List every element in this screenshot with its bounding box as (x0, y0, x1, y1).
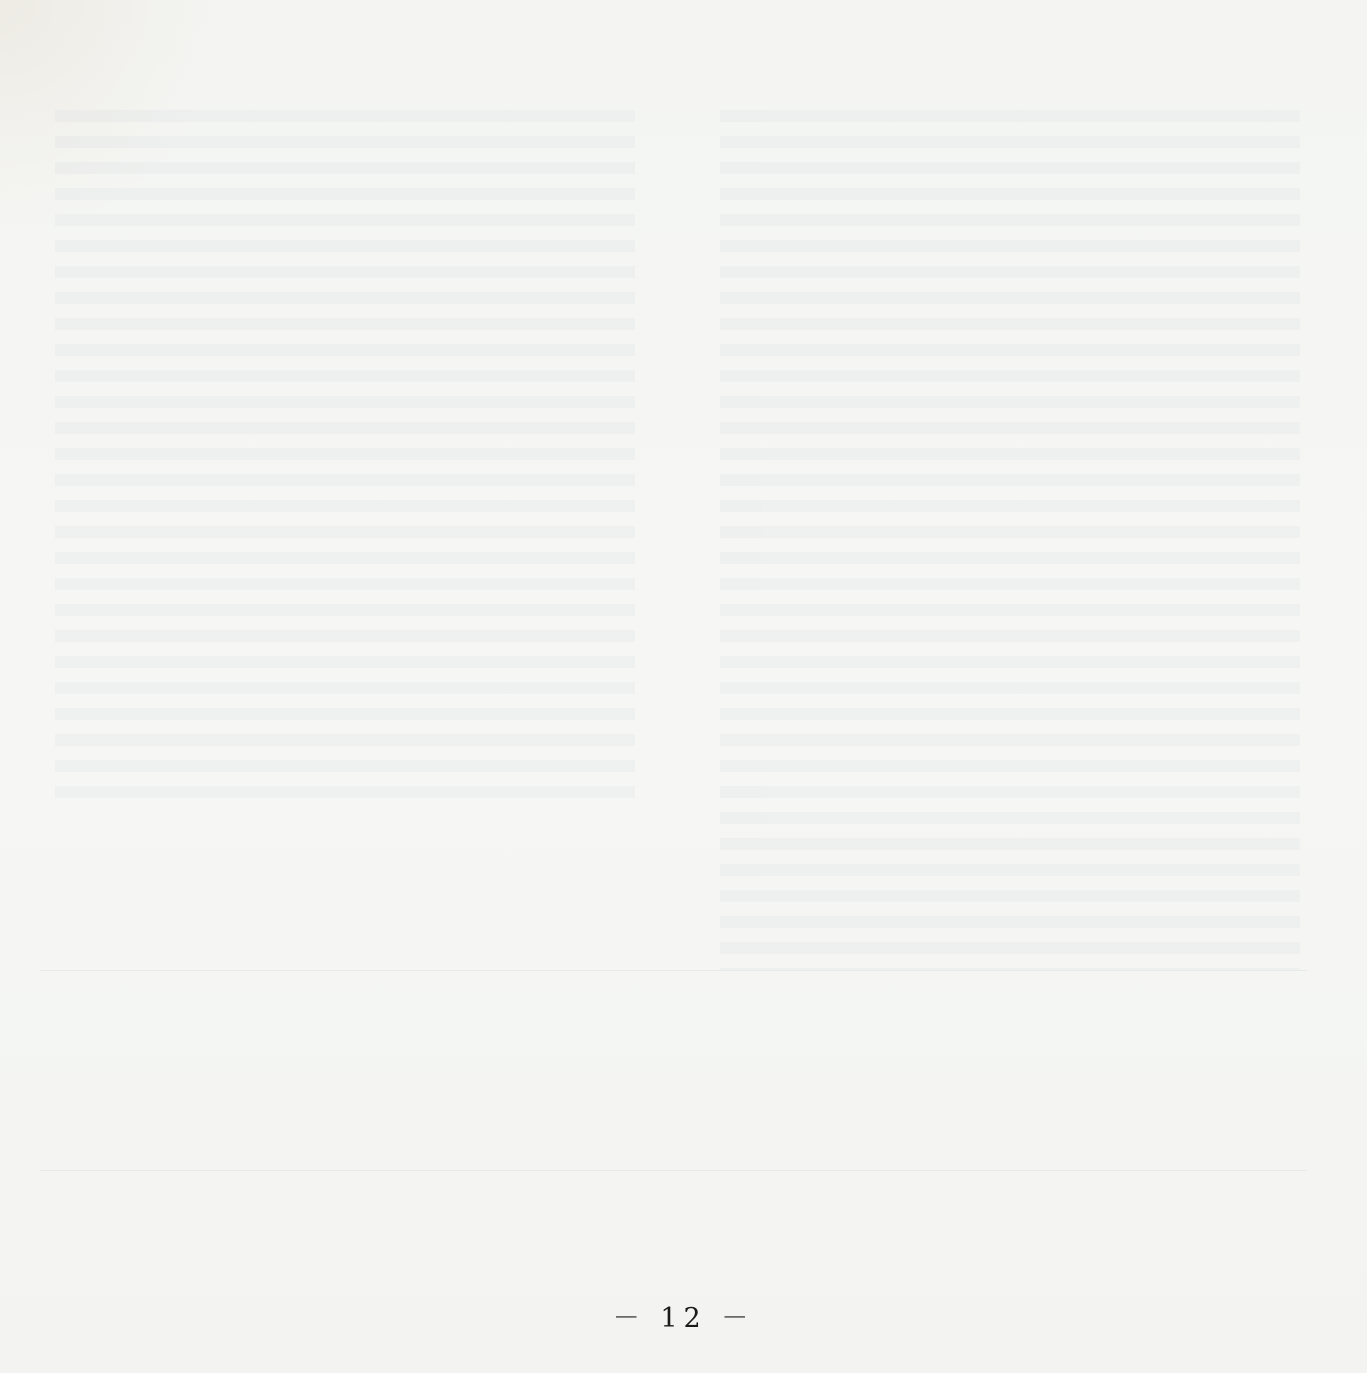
scanned-page: － 12 － (0, 0, 1367, 1373)
bleed-through-right-column (720, 110, 1300, 970)
bleed-through-text (40, 110, 1307, 1290)
bleed-through-rule (40, 970, 1307, 971)
page-number: － 12 － (0, 1296, 1367, 1335)
bleed-through-rule (40, 1170, 1307, 1171)
bleed-through-left-column (55, 110, 635, 810)
